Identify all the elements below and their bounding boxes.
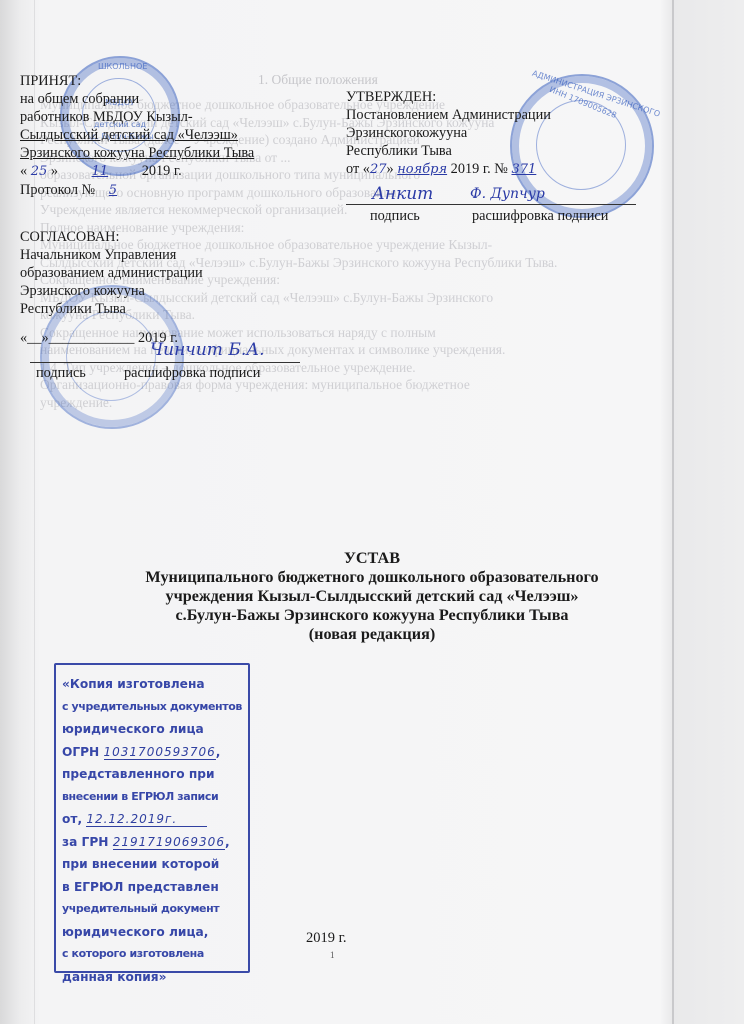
stamp-line: представленного при bbox=[62, 763, 244, 786]
approved-line: Эрзинскогокожууна bbox=[346, 124, 551, 142]
signature-line bbox=[30, 362, 300, 363]
stamp-line: внесении в ЕГРЮЛ записи bbox=[62, 786, 244, 809]
stamp-line: данная копия» bbox=[62, 966, 244, 989]
approved-line: Республики Тыва bbox=[346, 142, 551, 160]
agreed-heading: СОГЛАСОВАН: bbox=[20, 228, 203, 246]
approved-date: от «27» ноября 2019 г. № 371 bbox=[346, 160, 551, 179]
handwritten-month: 11 bbox=[62, 164, 139, 179]
stamp-line: юридического лица, bbox=[62, 921, 244, 944]
accepted-protocol: Протокол № 5 bbox=[20, 181, 254, 200]
accepted-block: ПРИНЯТ: на общем собрании работников МБД… bbox=[20, 72, 254, 200]
stamp-date: от, 12.12.2019г. bbox=[62, 808, 244, 831]
agreed-caption-signature: подпись bbox=[36, 364, 86, 382]
approved-line: Постановлением Администрации bbox=[346, 106, 551, 124]
charter-title: УСТАВ Муниципального бюджетного дошкольн… bbox=[0, 549, 744, 644]
ogrn-value: 1031700593706 bbox=[104, 745, 216, 760]
stamp-line: при внесении которой bbox=[62, 853, 244, 876]
agreed-line: Начальником Управления bbox=[20, 246, 203, 264]
accepted-year: 2019 г. bbox=[142, 163, 182, 179]
accepted-heading: ПРИНЯТ: bbox=[20, 72, 254, 90]
stamp-line: «Копия изготовлена bbox=[62, 673, 244, 696]
approved-block: УТВЕРЖДЕН: Постановлением Администрации … bbox=[346, 88, 551, 179]
accepted-line: на общем собрании bbox=[20, 90, 254, 108]
grn-value: 2191719069306 bbox=[113, 835, 225, 850]
title-line: (новая редакция) bbox=[0, 625, 744, 644]
stamp-date-value: 12.12.2019г. bbox=[86, 812, 207, 827]
agreed-caption-decode: расшифровка подписи bbox=[124, 364, 260, 382]
stamp-text: ШКОЛЬНОЕ bbox=[98, 62, 138, 71]
stamp-line: юридического лица bbox=[62, 718, 244, 741]
approved-signature: Анкит bbox=[372, 184, 433, 204]
agreed-signature: Чинчит Б.А. bbox=[150, 340, 265, 360]
agreed-line: образованием администрации bbox=[20, 264, 203, 282]
handwritten-protocol: 5 bbox=[99, 183, 127, 198]
stamp-line: с учредительных документов bbox=[62, 696, 244, 719]
stamp-line: учредительный документ bbox=[62, 898, 244, 921]
signature-line bbox=[346, 204, 636, 205]
page-number: 1 bbox=[330, 950, 335, 960]
approved-signature-decode: Ф. Дупчур bbox=[470, 186, 545, 202]
bleed-through-heading: 1. Общие положения bbox=[258, 72, 378, 88]
accepted-line: Эрзинского кожууна Республики Тыва bbox=[20, 144, 254, 162]
accepted-line: работников МБДОУ Кызыл- bbox=[20, 108, 254, 126]
agreed-block: СОГЛАСОВАН: Начальником Управления образ… bbox=[20, 228, 203, 318]
title-line: Муниципального бюджетного дошкольного об… bbox=[0, 568, 744, 587]
stamp-grn: за ГРН 2191719069306, bbox=[62, 831, 244, 854]
copy-certification-stamp: «Копия изготовлена с учредительных докум… bbox=[54, 663, 250, 973]
agreed-line: Республики Тыва bbox=[20, 300, 203, 318]
approved-caption-signature: подпись bbox=[370, 207, 420, 225]
stamp-line: в ЕГРЮЛ представлен bbox=[62, 876, 244, 899]
handwritten-number: 371 bbox=[511, 162, 536, 177]
handwritten-day: 25 bbox=[31, 164, 48, 179]
page-fold-right bbox=[672, 0, 674, 1024]
agreed-line: Эрзинского кожууна bbox=[20, 282, 203, 300]
stamp-line: с которого изготовлена bbox=[62, 943, 244, 966]
accepted-date: « 25 » 11 2019 г. bbox=[20, 162, 254, 181]
stamp-ogrn: ОГРН 1031700593706, bbox=[62, 741, 244, 764]
approved-heading: УТВЕРЖДЕН: bbox=[346, 88, 551, 106]
handwritten-month: ноября bbox=[397, 162, 447, 177]
handwritten-day: 27 bbox=[370, 162, 387, 177]
document-year: 2019 г. bbox=[306, 930, 347, 947]
title-line: учреждения Кызыл-Сылдысский детский сад … bbox=[0, 587, 744, 606]
title-line: с.Булун-Бажы Эрзинского кожууна Республи… bbox=[0, 606, 744, 625]
accepted-line: Сылдысский детский сад «Челээш» bbox=[20, 126, 254, 144]
approved-caption-decode: расшифровка подписи bbox=[472, 207, 608, 225]
title-line: УСТАВ bbox=[0, 549, 744, 568]
